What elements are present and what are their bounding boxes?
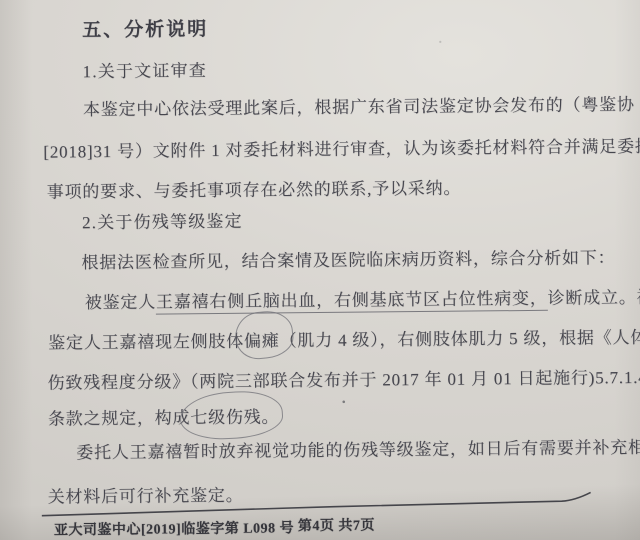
footer-doc-number: 亚大司鉴中心[2019]临鉴字第 L098 号 (54, 517, 294, 539)
footer-page-indicator: 第4页 共7页 (298, 514, 375, 535)
footer-rule-line (42, 492, 591, 515)
footer-rule-and-ink-marks (0, 0, 640, 540)
ink-dot (439, 41, 441, 43)
ink-dot (342, 400, 345, 403)
document-photo: 五、分析说明 1.关于文证审查 本鉴定中心依法受理此案后，根据广东省司法鉴定协会… (0, 0, 640, 540)
paper-sheet: 五、分析说明 1.关于文证审查 本鉴定中心依法受理此案后，根据广东省司法鉴定协会… (0, 0, 640, 540)
